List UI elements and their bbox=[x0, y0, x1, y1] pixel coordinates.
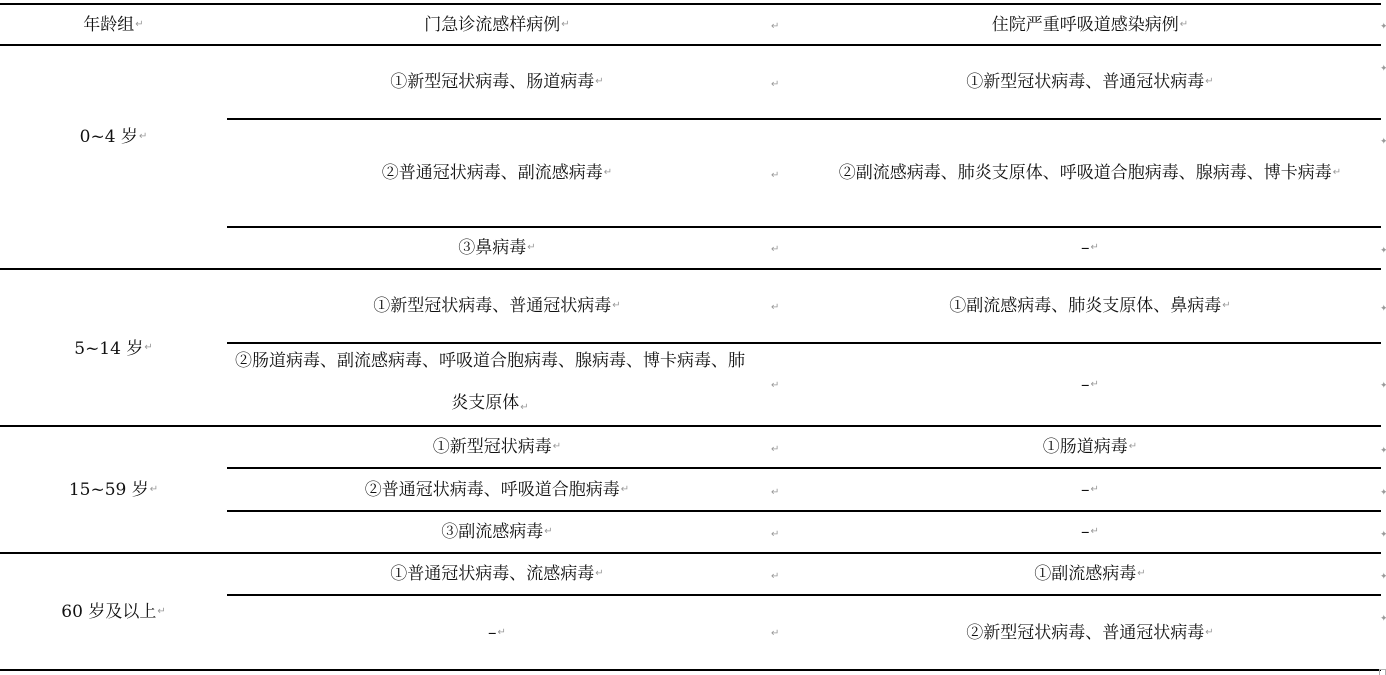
outpatient-cell: ③鼻病毒↵ bbox=[227, 227, 767, 269]
paragraph-mark-icon: ↵ bbox=[612, 292, 620, 320]
row-end-mark-icon: ✦ bbox=[1380, 614, 1386, 624]
paragraph-mark-icon: ↵ bbox=[1222, 292, 1230, 320]
age-group-cell: 0~4 岁↵ bbox=[0, 45, 227, 269]
paragraph-mark-icon: ↵ bbox=[1091, 371, 1099, 399]
outpatient-cell: –↵ bbox=[227, 595, 767, 670]
outpatient-text: – bbox=[488, 619, 497, 647]
inpatient-cell: ①肠道病毒↵ bbox=[800, 426, 1380, 468]
row-end-mark-icon: ✦ bbox=[1380, 64, 1386, 74]
outpatient-cell: ③副流感病毒↵ bbox=[227, 511, 767, 553]
inpatient-text: – bbox=[1081, 234, 1090, 262]
inpatient-text: ②新型冠状病毒、普通冠状病毒 bbox=[966, 619, 1204, 647]
paragraph-mark-icon: ↵ bbox=[1205, 68, 1213, 96]
paragraph-mark-icon: ↵ bbox=[498, 619, 506, 647]
inpatient-text: ①副流感病毒 bbox=[1034, 560, 1136, 588]
paragraph-mark-icon: ↵ bbox=[595, 68, 603, 96]
age-group-label: 15~59 岁 bbox=[69, 476, 149, 504]
cell-end-mark-icon: ↵ bbox=[771, 444, 779, 455]
paragraph-mark-icon: ↵ bbox=[520, 402, 528, 413]
inpatient-text: ②副流感病毒、肺炎支原体、呼吸道合胞病毒、腺病毒、博卡病毒 bbox=[839, 159, 1332, 187]
outpatient-text: ①新型冠状病毒 bbox=[433, 433, 552, 461]
inpatient-cell: –↵ bbox=[800, 343, 1380, 426]
cell-end-mark-icon: ↵ bbox=[771, 244, 779, 255]
row-end-mark-icon: ✦ bbox=[1380, 572, 1386, 582]
outpatient-text: ①新型冠状病毒、普通冠状病毒 bbox=[373, 292, 611, 320]
paragraph-mark-icon: ↵ bbox=[1129, 433, 1137, 461]
cell-end-mark-icon: ↵ bbox=[771, 79, 779, 90]
header-outpatient-label: 门急诊流感样病例 bbox=[424, 11, 560, 39]
paragraph-mark-icon: ↵ bbox=[1091, 518, 1099, 546]
paragraph-mark-icon: ↵ bbox=[561, 11, 569, 39]
outpatient-text: ①新型冠状病毒、肠道病毒 bbox=[390, 68, 594, 96]
outpatient-text: ②普通冠状病毒、副流感病毒 bbox=[382, 159, 603, 187]
outpatient-cell: ①普通冠状病毒、流感病毒↵ bbox=[227, 553, 767, 595]
outpatient-cell: ②普通冠状病毒、副流感病毒↵ bbox=[227, 119, 767, 227]
cell-end-mark-icon: ↵ bbox=[771, 487, 779, 498]
paragraph-mark-icon: ↵ bbox=[1091, 476, 1099, 504]
age-group-label: 60 岁及以上 bbox=[61, 598, 156, 626]
cell-end-mark-icon: ↵ bbox=[771, 529, 779, 540]
paragraph-mark-icon: ↵ bbox=[139, 123, 147, 151]
paragraph-mark-icon: ↵ bbox=[621, 476, 629, 504]
cell-end-mark-icon: ↵ bbox=[771, 302, 779, 313]
row-end-mark-icon: ✦ bbox=[1380, 22, 1386, 32]
inpatient-cell: ②副流感病毒、肺炎支原体、呼吸道合胞病毒、腺病毒、博卡病毒↵ bbox=[795, 119, 1385, 227]
outpatient-cell: ②肠道病毒、副流感病毒、呼吸道合胞病毒、腺病毒、博卡病毒、肺炎支原体↵ bbox=[232, 343, 748, 426]
age-group-cell: 60 岁及以上↵ bbox=[0, 553, 227, 670]
outpatient-text: ②普通冠状病毒、呼吸道合胞病毒 bbox=[365, 476, 620, 504]
paragraph-mark-icon: ↵ bbox=[527, 234, 535, 262]
inpatient-text: ①肠道病毒 bbox=[1043, 433, 1128, 461]
row-end-mark-icon: ✦ bbox=[1380, 304, 1386, 314]
row-end-mark-icon: ✦ bbox=[1380, 530, 1386, 540]
age-group-label: 5~14 岁 bbox=[74, 335, 143, 363]
inpatient-text: – bbox=[1081, 476, 1090, 504]
outpatient-text: ②肠道病毒、副流感病毒、呼吸道合胞病毒、腺病毒、博卡病毒、肺炎支原体 bbox=[235, 351, 745, 413]
paragraph-mark-icon: ↵ bbox=[157, 598, 165, 626]
outpatient-cell: ①新型冠状病毒、肠道病毒↵ bbox=[227, 45, 767, 119]
paragraph-mark-icon: ↵ bbox=[150, 476, 158, 504]
outpatient-cell: ①新型冠状病毒↵ bbox=[227, 426, 767, 468]
paragraph-mark-icon: ↵ bbox=[144, 334, 152, 362]
paragraph-mark-icon: ↵ bbox=[1205, 619, 1213, 647]
paragraph-mark-icon: ↵ bbox=[544, 518, 552, 546]
cell-end-mark-icon: ↵ bbox=[771, 628, 779, 639]
inpatient-cell: ①副流感病毒、肺炎支原体、鼻病毒↵ bbox=[800, 269, 1380, 343]
row-end-mark-icon: ✦ bbox=[1380, 246, 1386, 256]
inpatient-text: ①新型冠状病毒、普通冠状病毒 bbox=[966, 68, 1204, 96]
inpatient-cell: ①新型冠状病毒、普通冠状病毒↵ bbox=[800, 45, 1380, 119]
row-end-mark-icon: ✦ bbox=[1380, 137, 1386, 147]
paragraph-mark-icon: ↵ bbox=[604, 159, 612, 187]
header-outpatient: 门急诊流感样病例↵ bbox=[227, 4, 767, 45]
inpatient-text: – bbox=[1081, 518, 1090, 546]
outpatient-cell: ①新型冠状病毒、普通冠状病毒↵ bbox=[227, 269, 767, 343]
header-inpatient-label: 住院严重呼吸道感染病例 bbox=[992, 11, 1179, 39]
age-group-label: 0~4 岁 bbox=[80, 123, 138, 151]
row-end-mark-icon: ✦ bbox=[1380, 446, 1386, 456]
outpatient-text: ①普通冠状病毒、流感病毒 bbox=[390, 560, 594, 588]
inpatient-cell: ②新型冠状病毒、普通冠状病毒↵ bbox=[800, 595, 1380, 670]
inpatient-cell: –↵ bbox=[800, 468, 1380, 511]
age-group-cell: 15~59 岁↵ bbox=[0, 426, 227, 553]
row-end-mark-icon: ✦ bbox=[1380, 488, 1386, 498]
paragraph-mark-icon: ↵ bbox=[1091, 234, 1099, 262]
cell-end-mark-icon: ↵ bbox=[771, 571, 779, 582]
cell-end-mark-icon: ↵ bbox=[771, 380, 779, 391]
paragraph-mark-icon: ↵ bbox=[553, 433, 561, 461]
paragraph-mark-icon: ↵ bbox=[1180, 11, 1188, 39]
inpatient-cell: –↵ bbox=[800, 511, 1380, 553]
cell-end-mark-icon: ↵ bbox=[771, 21, 779, 32]
inpatient-cell: –↵ bbox=[800, 227, 1380, 269]
header-inpatient: 住院严重呼吸道感染病例↵ bbox=[800, 4, 1380, 45]
cell-end-mark-icon: ↵ bbox=[771, 170, 779, 181]
inpatient-text: – bbox=[1081, 371, 1090, 399]
inpatient-cell: ①副流感病毒↵ bbox=[800, 553, 1380, 595]
paragraph-mark-icon: ↵ bbox=[595, 560, 603, 588]
paragraph-mark-icon: ↵ bbox=[135, 11, 143, 39]
outpatient-cell: ②普通冠状病毒、呼吸道合胞病毒↵ bbox=[227, 468, 767, 511]
paragraph-mark-icon: ↵ bbox=[1137, 560, 1145, 588]
outpatient-text: ③鼻病毒 bbox=[458, 234, 526, 262]
age-group-cell: 5~14 岁↵ bbox=[0, 269, 227, 426]
inpatient-text: ①副流感病毒、肺炎支原体、鼻病毒 bbox=[949, 292, 1221, 320]
row-end-mark-icon: ✦ bbox=[1380, 381, 1386, 391]
outpatient-text: ③副流感病毒 bbox=[441, 518, 543, 546]
table-resize-handle[interactable] bbox=[1379, 669, 1386, 675]
paragraph-mark-icon: ↵ bbox=[1333, 159, 1341, 187]
header-age-group-label: 年龄组 bbox=[83, 11, 134, 39]
header-age-group: 年龄组↵ bbox=[0, 4, 227, 45]
